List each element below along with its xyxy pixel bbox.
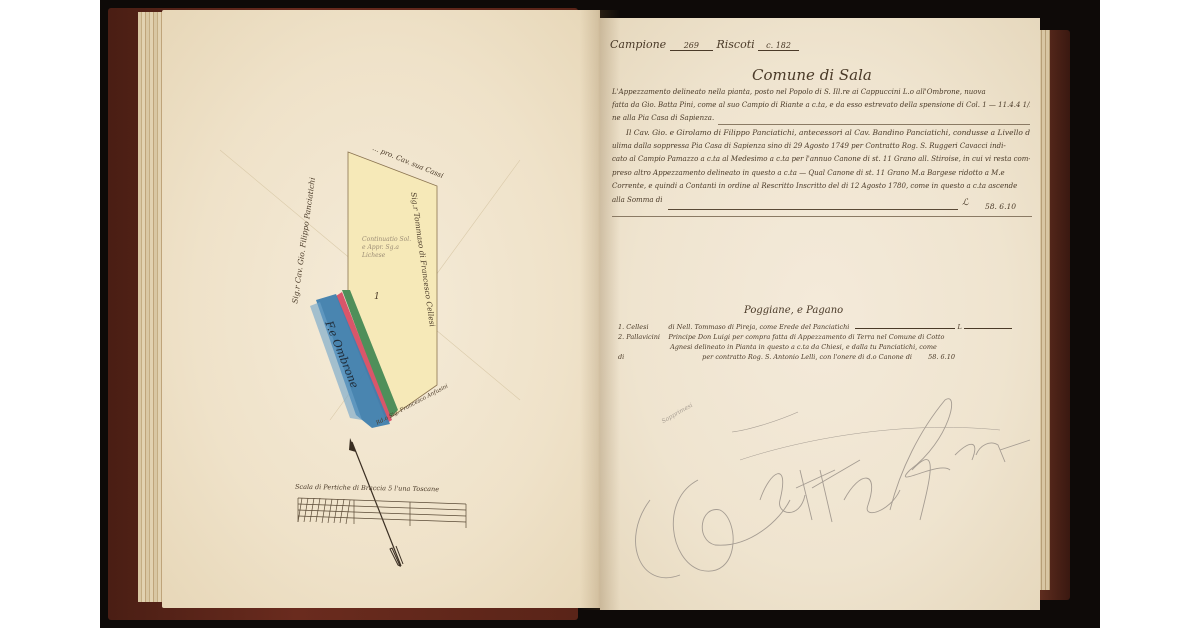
- book-photograph: ... pro. Cav. sua Cassi Sig.r Cav. Gio. …: [100, 0, 1100, 628]
- pencil-signature: [100, 0, 1100, 628]
